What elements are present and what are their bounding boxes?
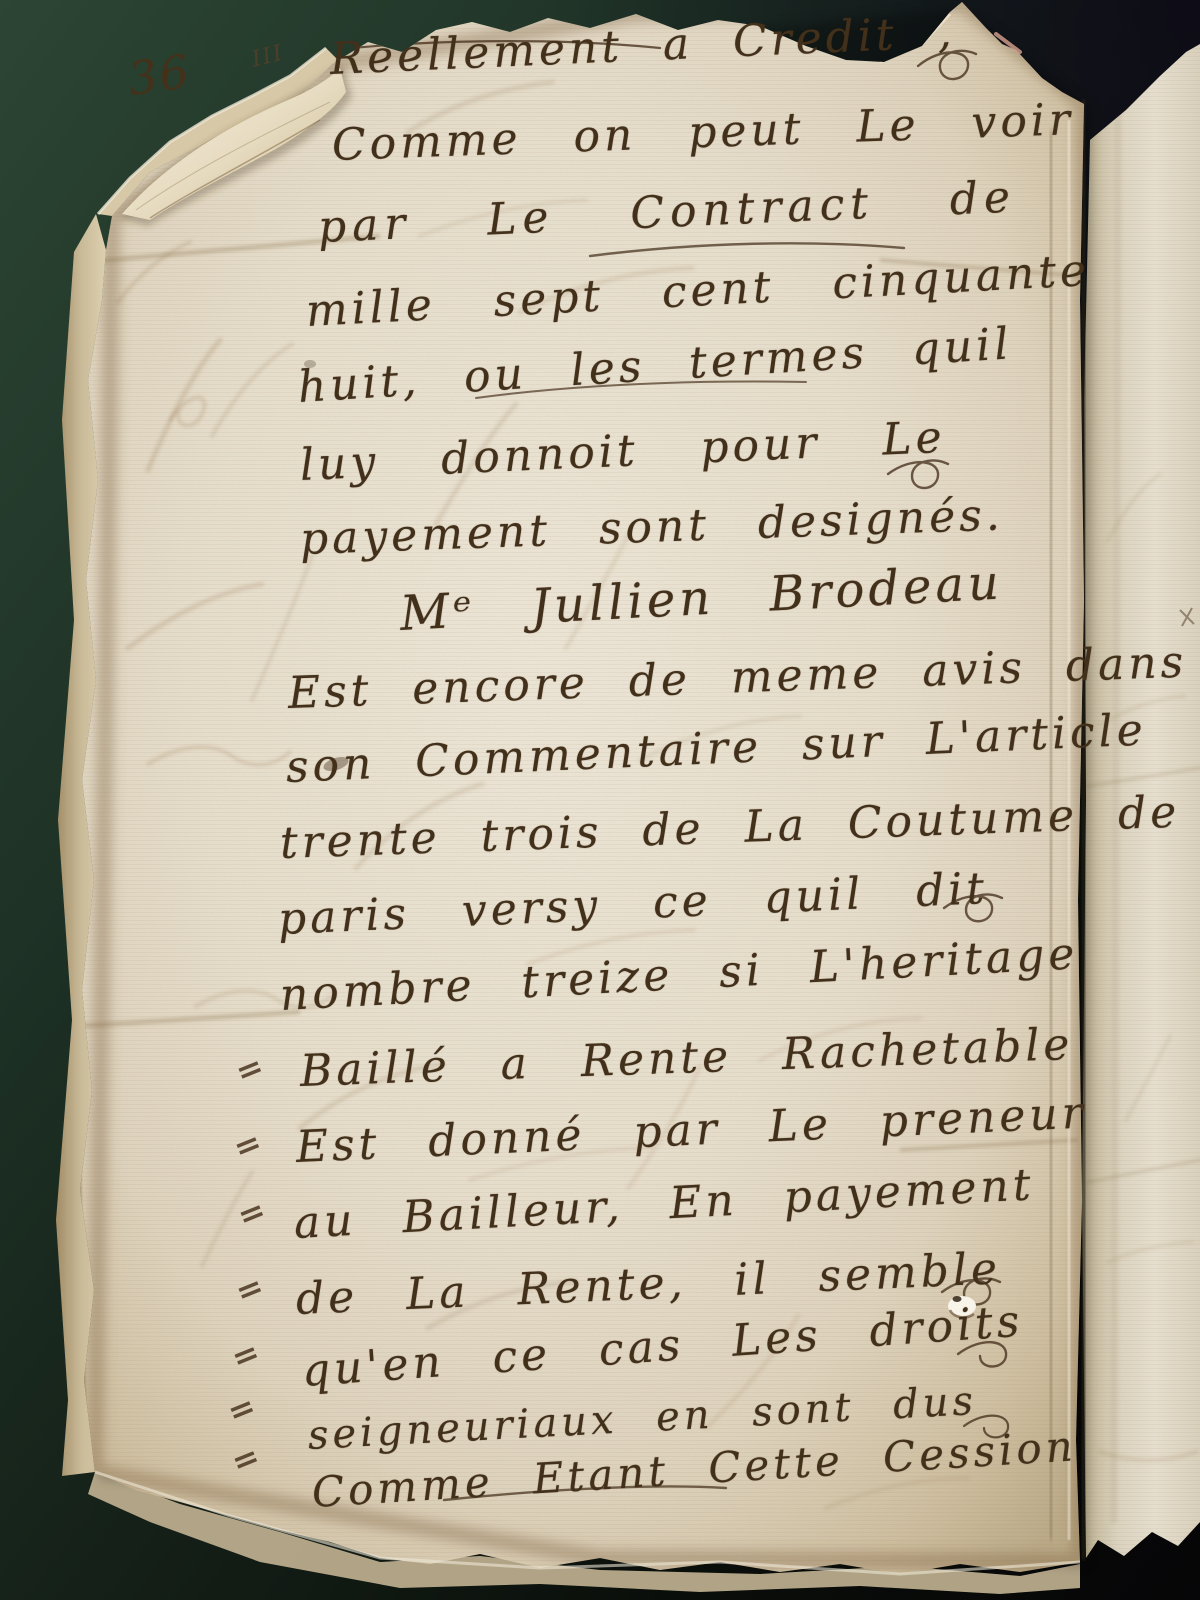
margin-dash-mark: = bbox=[230, 1046, 269, 1091]
manuscript-line: payement sont designés. bbox=[299, 491, 1004, 564]
manuscript-line: Baillé a Rente Rachetable bbox=[299, 1021, 1074, 1096]
margin-dash-mark: = bbox=[222, 1386, 261, 1431]
manuscript-line: trente trois de La Coutume de bbox=[279, 789, 1181, 869]
manuscript-line: par Le Contract de bbox=[317, 174, 1017, 253]
manuscript-line: Mᵉ Jullien Brodeau bbox=[399, 556, 1004, 640]
folio-tick-mark: III bbox=[249, 40, 286, 72]
manuscript-line: Est donné par Le preneur bbox=[295, 1090, 1088, 1173]
manuscript-line: huit, ou les termes quil bbox=[297, 320, 1014, 412]
margin-dash-mark: = bbox=[228, 1122, 267, 1167]
margin-dash-mark: = bbox=[226, 1332, 265, 1377]
manuscript-line: son Commentaire sur L'article bbox=[285, 706, 1148, 792]
manuscript-line: paris versy ce quil dit bbox=[277, 865, 989, 944]
manuscript-line: au Bailleur, En payement bbox=[293, 1161, 1036, 1248]
manuscript-photo: 36 III Reellement a Credit , Comme on pe… bbox=[0, 0, 1200, 1600]
margin-dash-mark: = bbox=[226, 1436, 265, 1481]
manuscript-line: Est encore de meme avis dans bbox=[287, 639, 1188, 719]
manuscript-line: Reellement a Credit , bbox=[329, 9, 957, 85]
manuscript-line: luy donnoit pour Le bbox=[299, 414, 947, 491]
manuscript-line: Comme on peut Le voir bbox=[331, 96, 1075, 170]
margin-dash-mark: = bbox=[232, 1190, 271, 1235]
page-number: 36 bbox=[125, 44, 194, 106]
manuscript-page: 36 III Reellement a Credit , Comme on pe… bbox=[0, 0, 1200, 1600]
manuscript-line: nombre treize si L'heritage bbox=[279, 930, 1080, 1020]
margin-dash-mark: = bbox=[230, 1266, 269, 1311]
